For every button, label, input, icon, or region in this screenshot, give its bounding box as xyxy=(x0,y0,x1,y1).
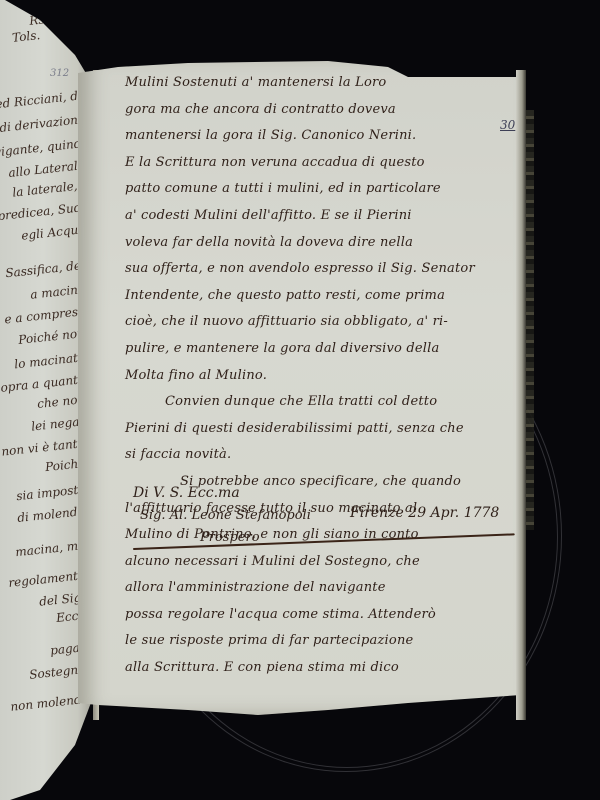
left-fragment: e a compreso xyxy=(4,304,86,326)
left-folio-number: 312 xyxy=(50,68,69,79)
letter-line: alcuno necessari i Mulini del Sostegno, … xyxy=(125,549,495,576)
letter-line: si faccia novità. xyxy=(125,442,495,469)
letter-line: cioè, che il nuovo affittuario sia obbli… xyxy=(125,309,495,336)
left-fragment: Sostegno xyxy=(28,662,85,682)
letter-line: Convien dunque che Ella tratti col detto xyxy=(125,389,495,416)
letter-line: voleva far della novità la doveva dire n… xyxy=(125,230,495,257)
left-fragment: Rsempol. xyxy=(28,8,85,28)
letter-line: pulire, e mantenere la gora dal diversiv… xyxy=(125,336,495,363)
book-binding xyxy=(526,110,534,530)
left-fragment: la laterale, i xyxy=(12,178,86,200)
page-number: 30 xyxy=(500,118,515,132)
letter-line: alla Scrittura. E con piena stima mi dic… xyxy=(125,655,495,682)
left-fragment: sia imposta xyxy=(15,482,85,503)
left-fragment: non vi è tanto xyxy=(1,436,86,459)
letter-line: patto comune a tutti i mulini, ed in par… xyxy=(125,176,495,203)
page-stack-edge xyxy=(516,70,526,720)
left-fragment: lo macinato xyxy=(14,350,86,371)
letter-body: Mulini Sostenuti a' mantenersi la Loro g… xyxy=(125,70,495,682)
left-fragment: macina, ma xyxy=(15,538,86,559)
left-fragment: non molendi xyxy=(9,692,85,714)
letter-line: Mulini Sostenuti a' mantenersi la Loro xyxy=(125,70,495,97)
left-fragment: navigante, quindi xyxy=(0,136,86,161)
addressee: Sig. Al. Leone Stefanopoli xyxy=(140,508,311,523)
salutation: Di V. S. Ecc.ma xyxy=(133,485,240,501)
place-and-date: Firenze 29 Apr. 1778 xyxy=(350,505,499,521)
left-fragment: predicea, Sudi xyxy=(0,200,86,223)
letter-line: allora l'amministrazione del navigante xyxy=(125,575,495,602)
letter-line: Molta fino al Mulino. xyxy=(125,363,495,390)
left-fragment: a macina xyxy=(30,282,86,302)
letter-line: possa regolare l'acqua come stima. Atten… xyxy=(125,602,495,629)
letter-line: mantenersi la gora il Sig. Canonico Neri… xyxy=(125,123,495,150)
left-fragment: ed Ricciani, da xyxy=(0,88,86,111)
left-fragment: Poiché non xyxy=(18,326,86,347)
left-fragment: regolamento xyxy=(8,568,86,590)
letter-line: gora ma che ancora di contratto doveva xyxy=(125,97,495,124)
left-fragment: egli Acqua xyxy=(20,222,85,243)
left-fragment: allo Laterale xyxy=(8,158,86,180)
left-fragment: di derivazione xyxy=(0,112,86,135)
letter-line: E la Scrittura non veruna accadua di que… xyxy=(125,150,495,177)
letter-line: a' codesti Mulini dell'affitto. E se il … xyxy=(125,203,495,230)
left-fragment: Tols. xyxy=(11,28,40,45)
letter-line: Pierini di questi desiderabilissimi patt… xyxy=(125,416,495,443)
left-fragment: Sassifica, del xyxy=(5,258,86,280)
letter-line: le sue risposte prima di far partecipazi… xyxy=(125,628,495,655)
left-fragment: lei negar xyxy=(31,414,86,434)
letter-line: Intendente, che questo patto resti, come… xyxy=(125,283,495,310)
left-fragment: di molendo xyxy=(17,504,86,525)
letter-line: sua offerta, e non avendolo espresso il … xyxy=(125,256,495,283)
